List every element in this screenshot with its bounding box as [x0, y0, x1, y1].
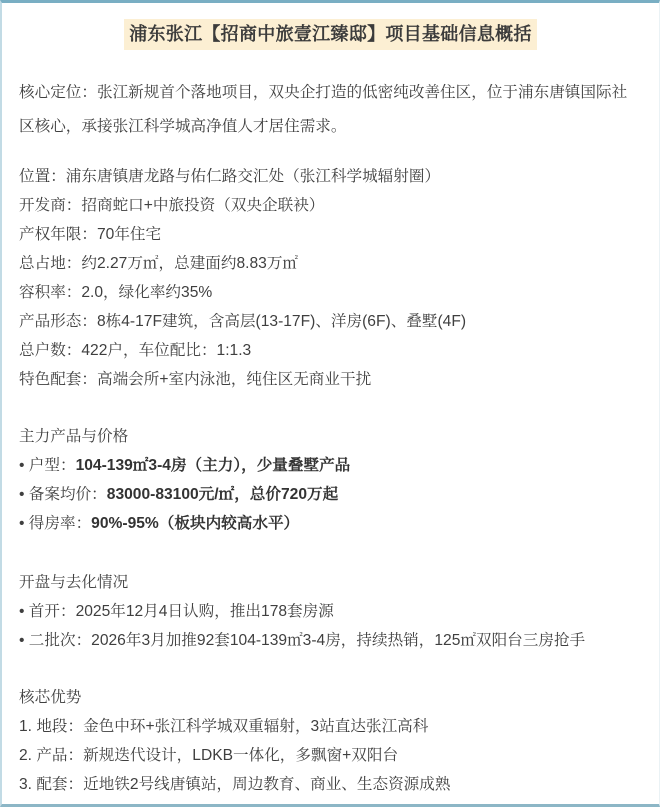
bullet-item-label: • 备案均价： — [19, 486, 107, 503]
section-heading-products: 主力产品与价格 — [19, 422, 642, 451]
bullet-item-label: • 户型： — [19, 457, 76, 474]
advantage-item-product: 2. 产品：新规迭代设计，LDKB一体化，多飘窗+双阳台 — [19, 741, 642, 770]
section-core-advantages: 核芯优势 1. 地段：金色中环+张江科学城双重辐射，3站直达张江高科 2. 产品… — [19, 683, 642, 799]
bullet-item-value: 83000-83100元/㎡，总价720万起 — [107, 486, 338, 503]
bullet-item-unit-types: • 户型：104-139㎡3-4房（主力），少量叠墅产品 — [19, 451, 642, 480]
info-line-plot-ratio: 容积率：2.0，绿化率约35% — [19, 278, 642, 307]
section-products-prices: 主力产品与价格 • 户型：104-139㎡3-4房（主力），少量叠墅产品 • 备… — [19, 422, 642, 538]
core-positioning-paragraph: 核心定位：张江新规首个落地项目，双央企打造的低密纯改善住区，位于浦东唐镇国际社区… — [19, 76, 642, 144]
bullet-item-value: 104-139㎡3-4房（主力），少量叠墅产品 — [76, 457, 351, 474]
info-line-amenities: 特色配套：高端会所+室内泳池，纯住区无商业干扰 — [19, 365, 642, 394]
bullet-item-efficiency-rate: • 得房率：90%-95%（板块内较高水平） — [19, 509, 642, 538]
section-heading-sales: 开盘与去化情况 — [19, 568, 642, 597]
page-title-row: 浦东张江【招商中旅壹江臻邸】项目基础信息概括 — [19, 3, 642, 50]
bullet-item-second-batch: • 二批次：2026年3月加推92套104-139㎡3-4房，持续热销，125㎡… — [19, 626, 642, 655]
article-card: 浦东张江【招商中旅壹江臻邸】项目基础信息概括 核心定位：张江新规首个落地项目，双… — [0, 0, 660, 807]
advantage-item-location: 1. 地段：金色中环+张江科学城双重辐射，3站直达张江高科 — [19, 712, 642, 741]
info-line-developer: 开发商：招商蛇口+中旅投资（双央企联袂） — [19, 191, 642, 220]
bullet-item-avg-price: • 备案均价：83000-83100元/㎡，总价720万起 — [19, 480, 642, 509]
advantage-item-amenities: 3. 配套：近地铁2号线唐镇站，周边教育、商业、生态资源成熟 — [19, 770, 642, 799]
bullet-item-label: • 得房率： — [19, 515, 91, 532]
bullet-item-value: 90%-95%（板块内较高水平） — [91, 515, 299, 532]
info-line-location: 位置：浦东唐镇唐龙路与佑仁路交汇处（张江科学城辐射圈） — [19, 162, 642, 191]
bullet-item-first-launch: • 首开：2025年12月4日认购，推出178套房源 — [19, 597, 642, 626]
section-launch-sales: 开盘与去化情况 • 首开：2025年12月4日认购，推出178套房源 • 二批次… — [19, 568, 642, 655]
info-line-tenure: 产权年限：70年住宅 — [19, 220, 642, 249]
info-line-total-units: 总户数：422户，车位配比：1:1.3 — [19, 336, 642, 365]
info-line-product-form: 产品形态：8栋4-17F建筑，含高层(13-17F)、洋房(6F)、叠墅(4F) — [19, 307, 642, 336]
page-title: 浦东张江【招商中旅壹江臻邸】项目基础信息概括 — [124, 19, 537, 50]
basic-info-list: 位置：浦东唐镇唐龙路与佑仁路交汇处（张江科学城辐射圈） 开发商：招商蛇口+中旅投… — [19, 162, 642, 394]
info-line-land-area: 总占地：约2.27万㎡，总建面约8.83万㎡ — [19, 249, 642, 278]
section-heading-advantages: 核芯优势 — [19, 683, 642, 712]
